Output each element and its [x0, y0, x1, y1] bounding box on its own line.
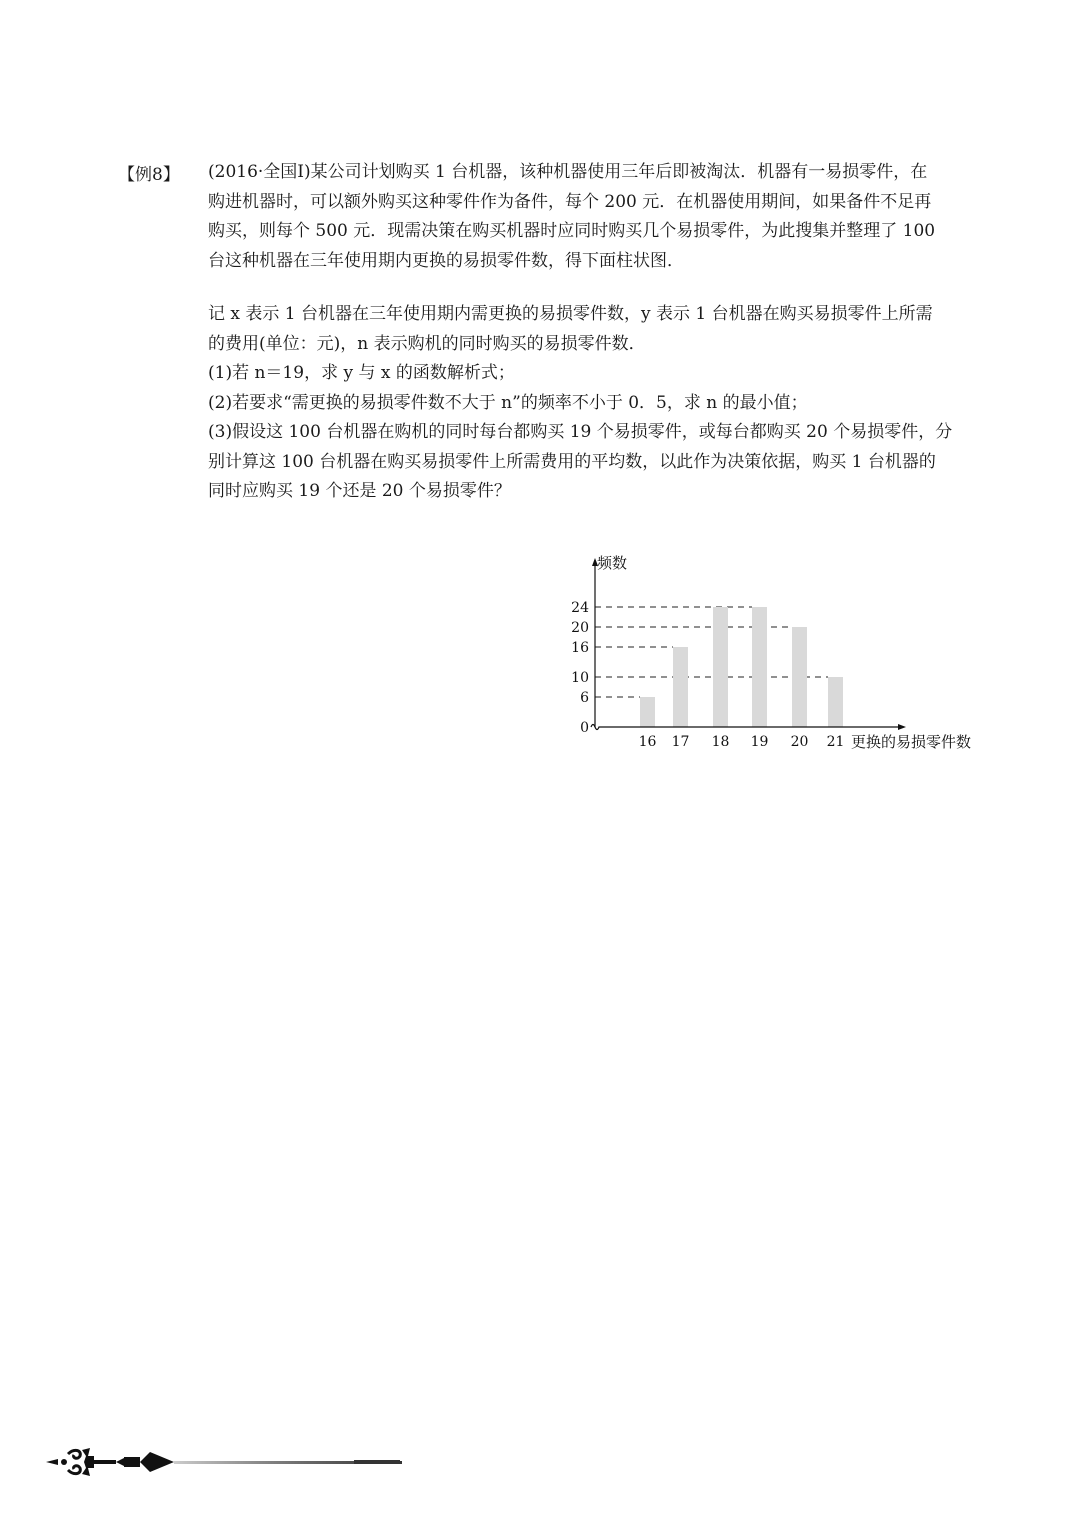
bar-19	[752, 607, 767, 727]
bar-chart-svg: 1617181920210610162024频数更换的易损零件数	[560, 548, 1000, 763]
definition-line: 记 x 表示 1 台机器在三年使用期内需更换的易损零件数，y 表示 1 台机器在…	[208, 300, 998, 330]
x-tick-label: 16	[639, 734, 657, 750]
y-tick-label: 20	[571, 620, 589, 636]
intro-line: 购进机器时，可以额外购买这种零件作为备件，每个 200 元．在机器使用期间，如果…	[208, 188, 998, 218]
question-1: (1)若 n＝19，求 y 与 x 的函数解析式；	[208, 359, 998, 389]
example-label: 【例8】	[118, 160, 180, 190]
y-tick-label: 6	[580, 690, 589, 706]
question-3-cont: 同时应购买 19 个还是 20 个易损零件？	[208, 477, 998, 507]
definition-line: 的费用(单位：元)，n 表示购机的同时购买的易损零件数．	[208, 330, 998, 360]
decorative-divider	[44, 1442, 404, 1486]
y-tick-label: 24	[571, 600, 589, 616]
y-axis-label: 频数	[597, 554, 627, 572]
bar-20	[792, 627, 807, 727]
bar-16	[640, 697, 655, 727]
x-axis-arrow-icon	[898, 724, 906, 730]
problem-intro: (2016·全国Ⅰ)某公司计划购买 1 台机器，该种机器使用三年后即被淘汰．机器…	[208, 158, 998, 276]
x-tick-label: 17	[672, 734, 690, 750]
intro-line: 台这种机器在三年使用期内更换的易损零件数，得下面柱状图．	[208, 247, 998, 277]
intro-line: (2016·全国Ⅰ)某公司计划购买 1 台机器，该种机器使用三年后即被淘汰．机器…	[208, 158, 998, 188]
ornament-icon	[44, 1442, 404, 1482]
bar-18	[713, 607, 728, 727]
problem-definitions-and-questions: 记 x 表示 1 台机器在三年使用期内需更换的易损零件数，y 表示 1 台机器在…	[208, 300, 998, 507]
y-tick-label: 16	[571, 640, 589, 656]
x-tick-label: 20	[791, 734, 809, 750]
intro-line: 购买，则每个 500 元．现需决策在购买机器时应同时购买几个易损零件，为此搜集并…	[208, 217, 998, 247]
question-2: (2)若要求“需更换的易损零件数不大于 n”的频率不小于 0．5，求 n 的最小…	[208, 389, 998, 419]
y-tick-label: 10	[571, 670, 589, 686]
x-tick-label: 19	[751, 734, 769, 750]
bar-chart: 1617181920210610162024频数更换的易损零件数	[560, 548, 1000, 763]
bar-21	[828, 677, 843, 727]
x-axis-label: 更换的易损零件数	[851, 733, 971, 751]
bar-17	[673, 647, 688, 727]
question-3: (3)假设这 100 台机器在购机的同时每台都购买 19 个易损零件，或每台都购…	[208, 418, 998, 448]
question-3-cont: 别计算这 100 台机器在购买易损零件上所需费用的平均数，以此作为决策依据，购买…	[208, 448, 998, 478]
y-tick-label: 0	[580, 720, 589, 736]
x-tick-label: 21	[827, 734, 845, 750]
x-axis	[591, 725, 900, 730]
x-tick-label: 18	[712, 734, 730, 750]
